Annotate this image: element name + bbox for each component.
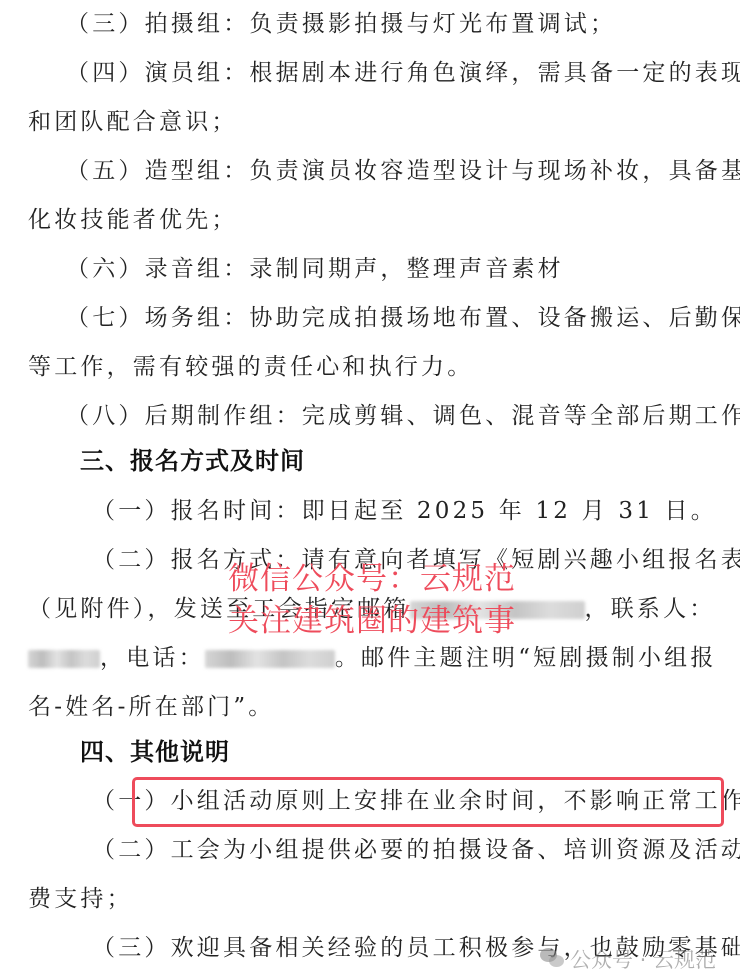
item-actor-group-line1: （四）演员组：根据剧本进行角色演绎，需具备一定的表现力	[66, 58, 740, 88]
item-photography-group: （三）拍摄组：负责摄影拍摄与灯光布置调试；	[66, 9, 616, 39]
method-line3-text-before: ，电话：	[100, 645, 205, 671]
wechat-icon	[540, 948, 566, 970]
corner-watermark-text: 公众号 · 云规范	[570, 944, 716, 974]
item-actor-group-line2: 和团队配合意识；	[28, 107, 238, 137]
redacted-phone	[205, 650, 335, 668]
item-venue-group-line1: （七）场务组：协助完成拍摄场地布置、设备搬运、后勤保障	[66, 303, 740, 333]
document-page: （三）拍摄组：负责摄影拍摄与灯光布置调试； （四）演员组：根据剧本进行角色演绎，…	[0, 0, 740, 979]
registration-method-line3: ，电话：。邮件主题注明“短剧摄制小组报	[28, 643, 717, 673]
notes-item-2-line2: 费支持；	[28, 884, 133, 914]
corner-watermark: 公众号 · 云规范	[540, 944, 716, 974]
watermark-line1: 微信公众号：云规范	[228, 562, 516, 596]
item-styling-group-line1: （五）造型组：负责演员妆容造型设计与现场补妆，具备基础	[66, 156, 740, 186]
registration-method-line4: 名-姓名-所在部门”。	[28, 692, 275, 722]
highlight-box	[132, 777, 724, 827]
redacted-contact-name	[28, 650, 100, 668]
item-styling-group-line2: 化妆技能者优先；	[28, 205, 238, 235]
section-heading-registration: 三、报名方式及时间	[80, 446, 305, 476]
registration-time: （一）报名时间：即日起至 2025 年 12 月 31 日。	[92, 496, 717, 526]
item-postproduction-group: （八）后期制作组：完成剪辑、调色、混音等全部后期工作	[66, 401, 740, 431]
method-line3-text-after: 。邮件主题注明“短剧摄制小组报	[335, 645, 717, 671]
notes-item-2-line1: （二）工会为小组提供必要的拍摄设备、培训资源及活动经	[92, 835, 740, 865]
method-line2-text-after: ，联系人：	[585, 596, 716, 622]
item-recording-group: （六）录音组：录制同期声，整理声音素材	[66, 254, 564, 284]
watermark-line2: 关注建筑圈的建筑事	[228, 604, 516, 638]
item-venue-group-line2: 等工作，需有较强的责任心和执行力。	[28, 352, 473, 382]
section-heading-other-notes: 四、其他说明	[80, 737, 230, 767]
